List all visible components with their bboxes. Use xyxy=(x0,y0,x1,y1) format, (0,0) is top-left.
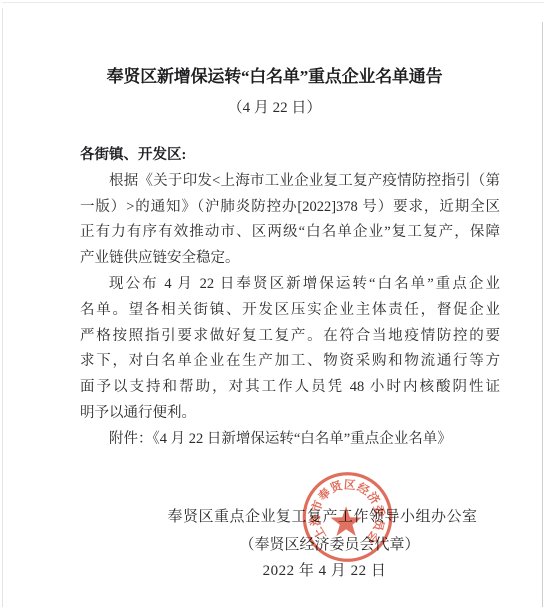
body-line: 产业链供应链安全稳定。 xyxy=(80,246,500,272)
body-text: 各街镇、开发区:根据《关于印发<上海市工业企业复工复产疫情防控指引（第一版）>的… xyxy=(80,143,500,453)
body-line: 各街镇、开发区: xyxy=(80,143,500,169)
body-line: 根据《关于印发<上海市工业企业复工复产疫情防控指引（第 xyxy=(80,169,500,195)
body-line: 附件：《4 月 22 日新增保运转“白名单”重点企业名单》 xyxy=(80,427,500,453)
body-line: 现公布 4 月 22 日奉贤区新增保运转“白名单”重点企业 xyxy=(80,272,500,298)
signature-date-line: 2022 年 4 月 22 日 xyxy=(50,558,549,584)
body-line: 正有力有序有效推动市、区两级“白名单企业”复工复产，保障 xyxy=(80,220,500,246)
body-line: 一版）>的通知》（沪肺炎防控办[2022]378 号）要求，近期全区 xyxy=(80,195,500,221)
signature-office-line: 奉贤区重点企业复工复产工作领导小组办公室 xyxy=(48,504,549,530)
page-edge-top xyxy=(2,2,544,3)
body-line: 求下，对白名单企业在生产加工、物资采购和物流通行等方 xyxy=(80,349,500,375)
body-line: 严格按照指引要求做好复工复产。在符合当地疫情防控的要 xyxy=(80,324,500,350)
body-line: 名单。望各相关街镇、开发区压实企业主体责任，督促企业 xyxy=(80,298,500,324)
document-date-subtitle: （4 月 22 日） xyxy=(0,96,549,120)
document-title: 奉贤区新增保运转“白名单”重点企业名单通告 xyxy=(0,64,549,90)
body-line: 面予以支持和帮助，对其工作人员凭 48 小时内核酸阴性证 xyxy=(80,375,500,401)
document-page: 奉贤区新增保运转“白名单”重点企业名单通告 （4 月 22 日） 各街镇、开发区… xyxy=(0,0,549,607)
signature-onbehalf-line: （奉贤区经济委员会代章） xyxy=(55,532,549,558)
body-line: 明予以通行便利。 xyxy=(80,401,500,427)
